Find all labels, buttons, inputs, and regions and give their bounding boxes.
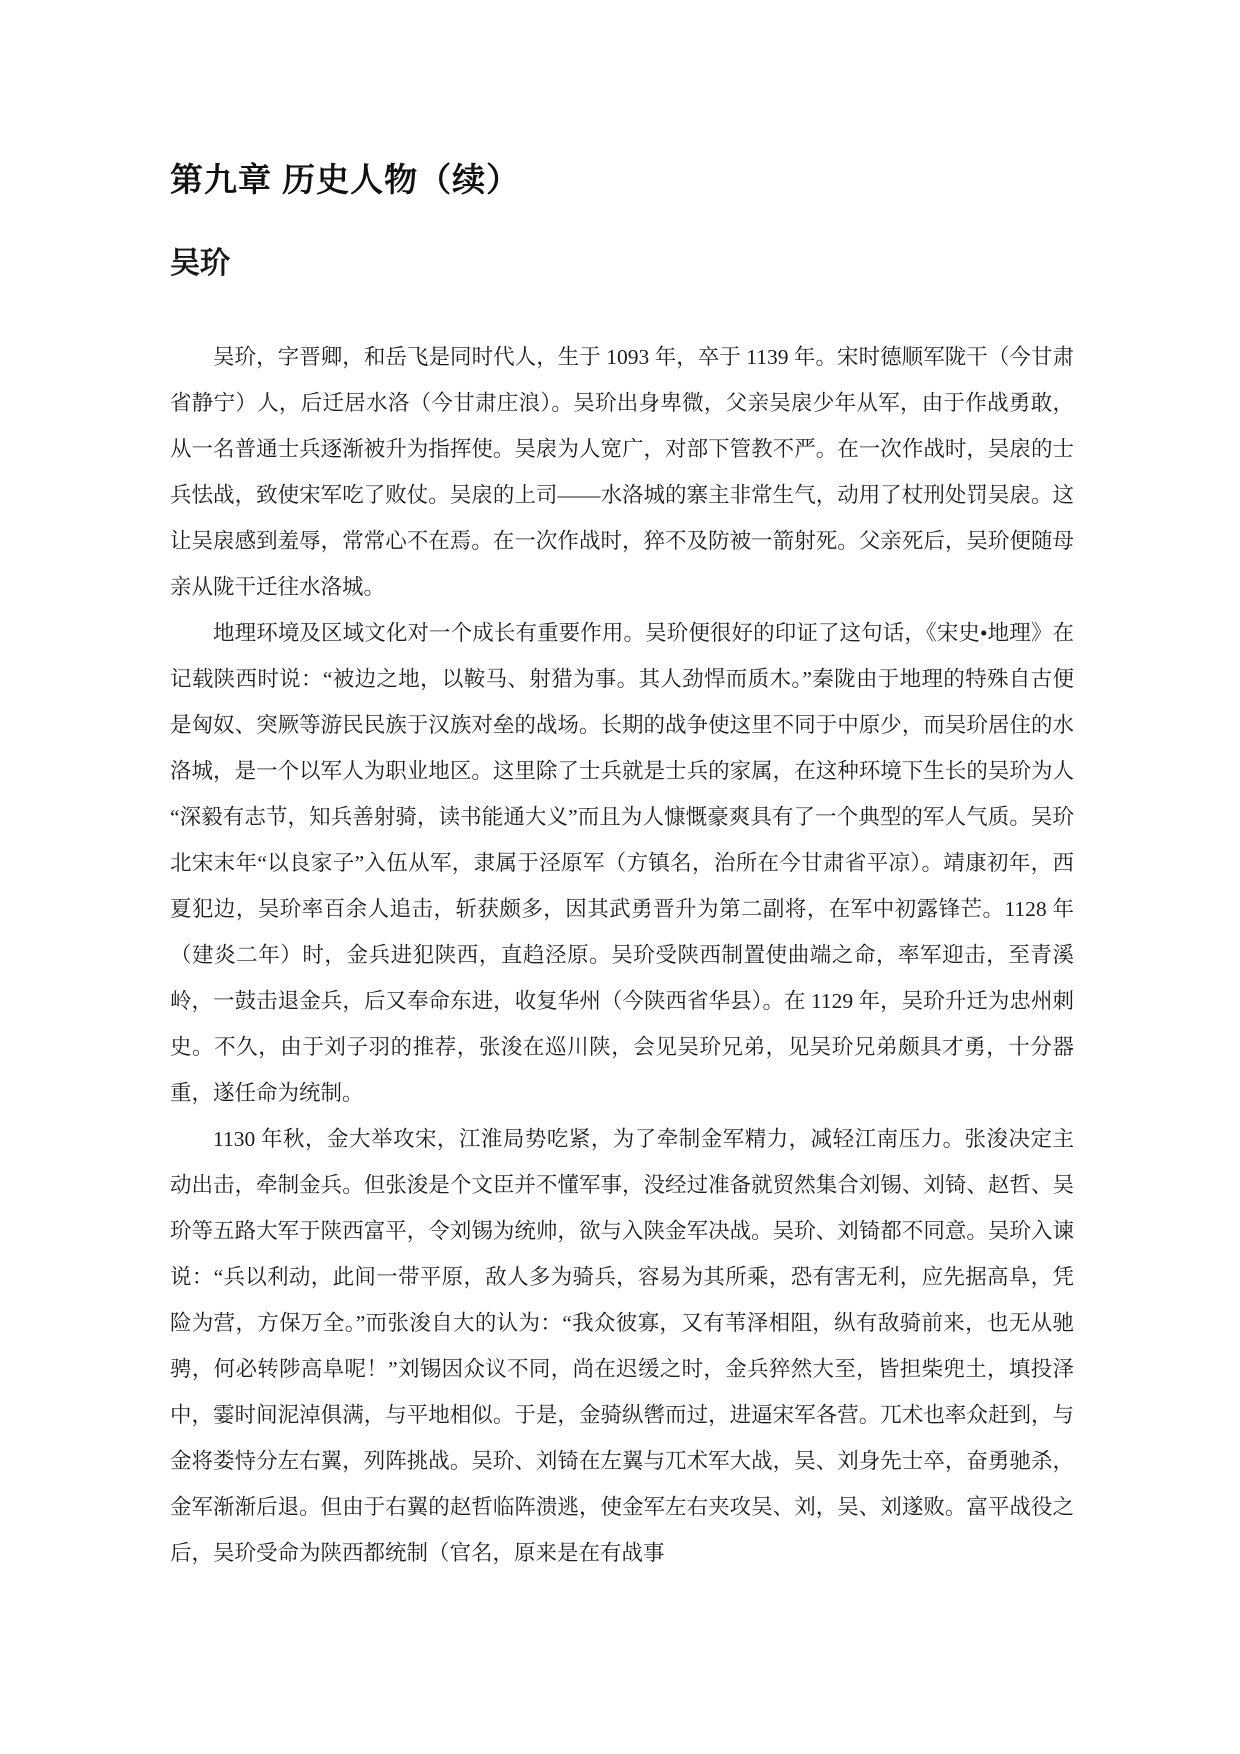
chapter-title: 第九章 历史人物（续） xyxy=(170,160,1074,200)
paragraph-2: 地理环境及区域文化对一个成长有重要作用。吴玠便很好的印证了这句话，《宋史•地理》… xyxy=(170,610,1074,1116)
document-body: 吴玠，字晋卿，和岳飞是同时代人，生于 1093 年，卒于 1139 年。宋时德顺… xyxy=(170,334,1074,1576)
paragraph-1: 吴玠，字晋卿，和岳飞是同时代人，生于 1093 年，卒于 1139 年。宋时德顺… xyxy=(170,334,1074,610)
document-page: 第九章 历史人物（续） 吴玠 吴玠，字晋卿，和岳飞是同时代人，生于 1093 年… xyxy=(0,0,1240,1754)
paragraph-3: 1130 年秋，金大举攻宋，江淮局势吃紧，为了牵制金军精力，减轻江南压力。张浚决… xyxy=(170,1116,1074,1576)
section-heading: 吴玠 xyxy=(170,246,1074,282)
